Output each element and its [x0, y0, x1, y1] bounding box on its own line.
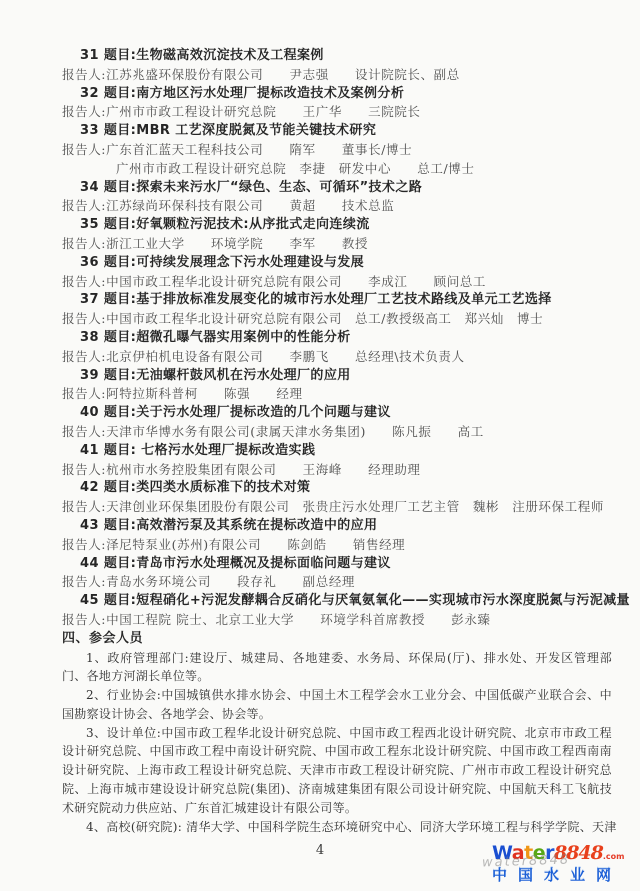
reporter-line: 报告人:天津创业环保集团股份有限公司 张贵庄污水处理厂工艺主管 魏彬 注册环保工… — [0, 498, 640, 517]
participant-paragraph: 2、行业协会:中国城镇供水排水协会、中国土木工程学会水工业分会、中国低碳产业联合… — [62, 686, 612, 724]
topic-line: 34 题目:探索未来污水厂“绿色、生态、可循环”技术之路 — [0, 179, 640, 198]
reporter-text: 杭州市水务控股集团有限公司 王海峰 经理助理 — [106, 462, 420, 477]
item-number: 31 — [80, 48, 104, 63]
topic-title: 基于排放标准发展变化的城市污水处理厂工艺技术路线及单元工艺选择 — [136, 292, 551, 307]
reporter-label: 报告人: — [62, 104, 106, 119]
topic-title: 类四类水质标准下的技术对策 — [136, 480, 310, 495]
logo-8848: 8848 — [554, 842, 603, 864]
item-number: 45 — [80, 593, 104, 608]
topic-label: 题目: — [104, 48, 136, 63]
topic-line: 38 题目:超微孔曝气器实用案例中的性能分析 — [0, 329, 640, 348]
topic-line: 41 题目: 七格污水处理厂提标改造实践 — [0, 442, 640, 461]
topic-title: 无油螺杆鼓风机在污水处理厂的应用 — [136, 368, 350, 383]
topic-title: 关于污水处理厂提标改造的几个问题与建议 — [136, 405, 391, 420]
participant-paragraph: 4、高校(研究院): 清华大学、中国科学院生态环境研究中心、同济大学环境工程与科… — [62, 818, 612, 837]
reporter-line: 报告人:中国市政工程华北设计研究总院有限公司 李成江 顾问总工 — [0, 273, 640, 292]
topic-title: 好氧颗粒污泥技术:从序批式走向连续流 — [136, 217, 369, 232]
logo-letter: t — [524, 842, 533, 864]
topic-label: 题目: — [104, 292, 136, 307]
logo-letter: W — [492, 842, 512, 864]
doc-page: 31 题目:生物磁高效沉淀技术及工程案例报告人:江苏兆盛环保股份有限公司 尹志强… — [0, 0, 640, 891]
topic-title: 探索未来污水厂“绿色、生态、可循环”技术之路 — [136, 180, 422, 195]
item-number: 36 — [80, 255, 104, 270]
topic-label: 题目: — [104, 180, 136, 195]
topic-title: 高效潜污泵及其系统在提标改造中的应用 — [136, 518, 377, 533]
reporter-text: 广州市市政工程设计研究总院 王广华 三院院长 — [106, 104, 420, 119]
reporter-line: 报告人:中国市政工程华北设计研究总院有限公司 总工/教授级高工 郑兴灿 博士 — [0, 310, 640, 329]
topic-label: 题目: — [104, 217, 136, 232]
participants-section: 1、政府管理部门:建设厅、城建局、各地建委、水务局、环保局(厅)、排水处、开发区… — [62, 649, 612, 837]
reporter-label: 报告人: — [62, 499, 106, 514]
participant-paragraph: 1、政府管理部门:建设厅、城建局、各地建委、水务局、环保局(厅)、排水处、开发区… — [62, 649, 612, 687]
watermark-cn-text: 中国水业网 — [492, 866, 638, 884]
topic-line: 37 题目:基于排放标准发展变化的城市污水处理厂工艺技术路线及单元工艺选择 — [0, 291, 640, 310]
participant-paragraph: 3、设计单位:中国市政工程华北设计研究总院、中国市政工程西北设计研究院、北京市市… — [62, 724, 612, 818]
reporter-text: 天津市华博水务有限公司(隶属天津水务集团) 陈凡振 高工 — [106, 424, 484, 439]
reporter-line: 报告人:浙江工业大学 环境学院 李军 教授 — [0, 235, 640, 254]
item-number: 38 — [80, 330, 104, 345]
topic-label: 题目: — [104, 368, 136, 383]
reporter-line: 报告人:天津市华博水务有限公司(隶属天津水务集团) 陈凡振 高工 — [0, 423, 640, 442]
reporter-text: 北京伊柏机电设备有限公司 李鹏飞 总经理\技术负责人 — [106, 349, 465, 364]
reporter-text: 泽尼特泵业(苏州)有限公司 陈剑皓 销售经理 — [106, 537, 405, 552]
reporter-line: 报告人:阿特拉斯科普柯 陈强 经理 — [0, 385, 640, 404]
reporter-label: 报告人: — [62, 274, 106, 289]
reporter-text: 江苏绿尚环保科技有限公司 黄超 技术总监 — [106, 198, 394, 213]
topic-line: 33 题目:MBR 工艺深度脱氮及节能关键技术研究 — [0, 122, 640, 141]
reporter-text: 中国市政工程华北设计研究总院有限公司 总工/教授级高工 郑兴灿 博士 — [106, 311, 543, 326]
agenda-list: 31 题目:生物磁高效沉淀技术及工程案例报告人:江苏兆盛环保股份有限公司 尹志强… — [0, 47, 640, 630]
topic-title: 可持续发展理念下污水处理建设与发展 — [136, 255, 364, 270]
topic-line: 43 题目:高效潜污泵及其系统在提标改造中的应用 — [0, 517, 640, 536]
logo-com: .com — [603, 852, 625, 861]
reporter-line: 报告人:青岛水务环境公司 段存礼 副总经理 — [0, 573, 640, 592]
item-number: 41 — [80, 443, 104, 458]
reporter-line: 报告人:广东首汇蓝天工程科技公司 隋军 董事长/博士 — [0, 141, 640, 160]
reporter-text: 青岛水务环境公司 段存礼 副总经理 — [106, 574, 355, 589]
topic-label: 题目: — [104, 405, 136, 420]
topic-label: 题目: — [104, 443, 136, 458]
item-number: 42 — [80, 480, 104, 495]
topic-title: 南方地区污水处理厂提标改造技术及案例分析 — [136, 86, 404, 101]
watermark-logo-text: Water8848.com — [492, 843, 638, 867]
reporter-label: 报告人: — [62, 349, 106, 364]
reporter-label: 报告人: — [62, 424, 106, 439]
reporter-label: 报告人: — [62, 574, 106, 589]
page-content: 31 题目:生物磁高效沉淀技术及工程案例报告人:江苏兆盛环保股份有限公司 尹志强… — [0, 47, 640, 836]
reporter-line: 报告人:江苏绿尚环保科技有限公司 黄超 技术总监 — [0, 197, 640, 216]
topic-line: 40 题目:关于污水处理厂提标改造的几个问题与建议 — [0, 404, 640, 423]
reporter-line: 报告人:中国工程院 院士、北京工业大学 环境学科首席教授 彭永臻 — [0, 611, 640, 630]
reporter-label: 报告人: — [62, 198, 106, 213]
topic-label: 题目: — [104, 480, 136, 495]
reporter-text: 江苏兆盛环保股份有限公司 尹志强 设计院院长、副总 — [106, 67, 460, 82]
reporter-text: 广州市市政工程设计研究总院 李捷 研发中心 总工/博士 — [116, 161, 475, 176]
topic-label: 题目: — [104, 518, 136, 533]
topic-title: 青岛市污水处理概况及提标面临问题与建议 — [136, 556, 391, 571]
reporter-label: 报告人: — [62, 612, 106, 627]
topic-line: 42 题目:类四类水质标准下的技术对策 — [0, 479, 640, 498]
watermark-logo-word: Water — [492, 842, 554, 864]
topic-title: 七格污水处理厂提标改造实践 — [136, 443, 315, 458]
topic-line: 32 题目:南方地区污水处理厂提标改造技术及案例分析 — [0, 85, 640, 104]
item-number: 39 — [80, 368, 104, 383]
item-number: 40 — [80, 405, 104, 420]
logo-letter: r — [545, 842, 554, 864]
topic-line: 36 题目:可持续发展理念下污水处理建设与发展 — [0, 254, 640, 273]
reporter-line: 报告人:广州市市政工程设计研究总院 王广华 三院院长 — [0, 103, 640, 122]
topic-label: 题目: — [104, 86, 136, 101]
item-number: 34 — [80, 180, 104, 195]
item-number: 32 — [80, 86, 104, 101]
logo-letter: a — [512, 842, 524, 864]
item-number: 37 — [80, 292, 104, 307]
topic-label: 题目: — [104, 255, 136, 270]
topic-label: 题目: — [104, 593, 136, 608]
topic-title: 超微孔曝气器实用案例中的性能分析 — [136, 330, 350, 345]
reporter-line: 报告人:杭州市水务控股集团有限公司 王海峰 经理助理 — [0, 461, 640, 480]
item-number: 33 — [80, 123, 104, 138]
topic-line: 35 题目:好氧颗粒污泥技术:从序批式走向连续流 — [0, 216, 640, 235]
topic-line: 45 题目:短程硝化+污泥发酵耦合反硝化与厌氧氨氧化——实现城市污水深度脱氮与污… — [0, 592, 640, 611]
reporter-label: 报告人: — [62, 462, 106, 477]
reporter-text: 阿特拉斯科普柯 陈强 经理 — [106, 386, 303, 401]
reporter-label: 报告人: — [62, 386, 106, 401]
reporter-label: 报告人: — [62, 537, 106, 552]
reporter-label: 报告人: — [62, 142, 106, 157]
watermark: Water8848.com water8848 中国水业网 — [492, 843, 638, 887]
reporter-line: 报告人:泽尼特泵业(苏州)有限公司 陈剑皓 销售经理 — [0, 536, 640, 555]
item-number: 44 — [80, 556, 104, 571]
item-number: 35 — [80, 217, 104, 232]
topic-title: 生物磁高效沉淀技术及工程案例 — [136, 48, 324, 63]
reporter-label: 报告人: — [62, 236, 106, 251]
reporter-label: 报告人: — [62, 67, 106, 82]
reporter-line: 广州市市政工程设计研究总院 李捷 研发中心 总工/博士 — [0, 160, 640, 179]
topic-line: 44 题目:青岛市污水处理概况及提标面临问题与建议 — [0, 555, 640, 574]
topic-title: 短程硝化+污泥发酵耦合反硝化与厌氧氨氧化——实现城市污水深度脱氮与污泥减量 — [136, 593, 630, 608]
reporter-label: 报告人: — [62, 311, 106, 326]
topic-line: 39 题目:无油螺杆鼓风机在污水处理厂的应用 — [0, 367, 640, 386]
topic-label: 题目: — [104, 330, 136, 345]
topic-label: 题目: — [104, 556, 136, 571]
reporter-text: 天津创业环保集团股份有限公司 张贵庄污水处理厂工艺主管 魏彬 注册环保工程师 — [106, 499, 604, 514]
reporter-text: 浙江工业大学 环境学院 李军 教授 — [106, 236, 368, 251]
topic-label: 题目: — [104, 123, 136, 138]
reporter-line: 报告人:北京伊柏机电设备有限公司 李鹏飞 总经理\技术负责人 — [0, 348, 640, 367]
section-heading: 四、参会人员 — [0, 630, 640, 649]
reporter-text: 中国工程院 院士、北京工业大学 环境学科首席教授 彭永臻 — [106, 612, 490, 627]
logo-letter: e — [533, 842, 545, 864]
item-number: 43 — [80, 518, 104, 533]
topic-line: 31 题目:生物磁高效沉淀技术及工程案例 — [0, 47, 640, 66]
reporter-line: 报告人:江苏兆盛环保股份有限公司 尹志强 设计院院长、副总 — [0, 66, 640, 85]
reporter-text: 广东首汇蓝天工程科技公司 隋军 董事长/博士 — [106, 142, 412, 157]
reporter-text: 中国市政工程华北设计研究总院有限公司 李成江 顾问总工 — [106, 274, 486, 289]
topic-title: MBR 工艺深度脱氮及节能关键技术研究 — [136, 123, 376, 138]
